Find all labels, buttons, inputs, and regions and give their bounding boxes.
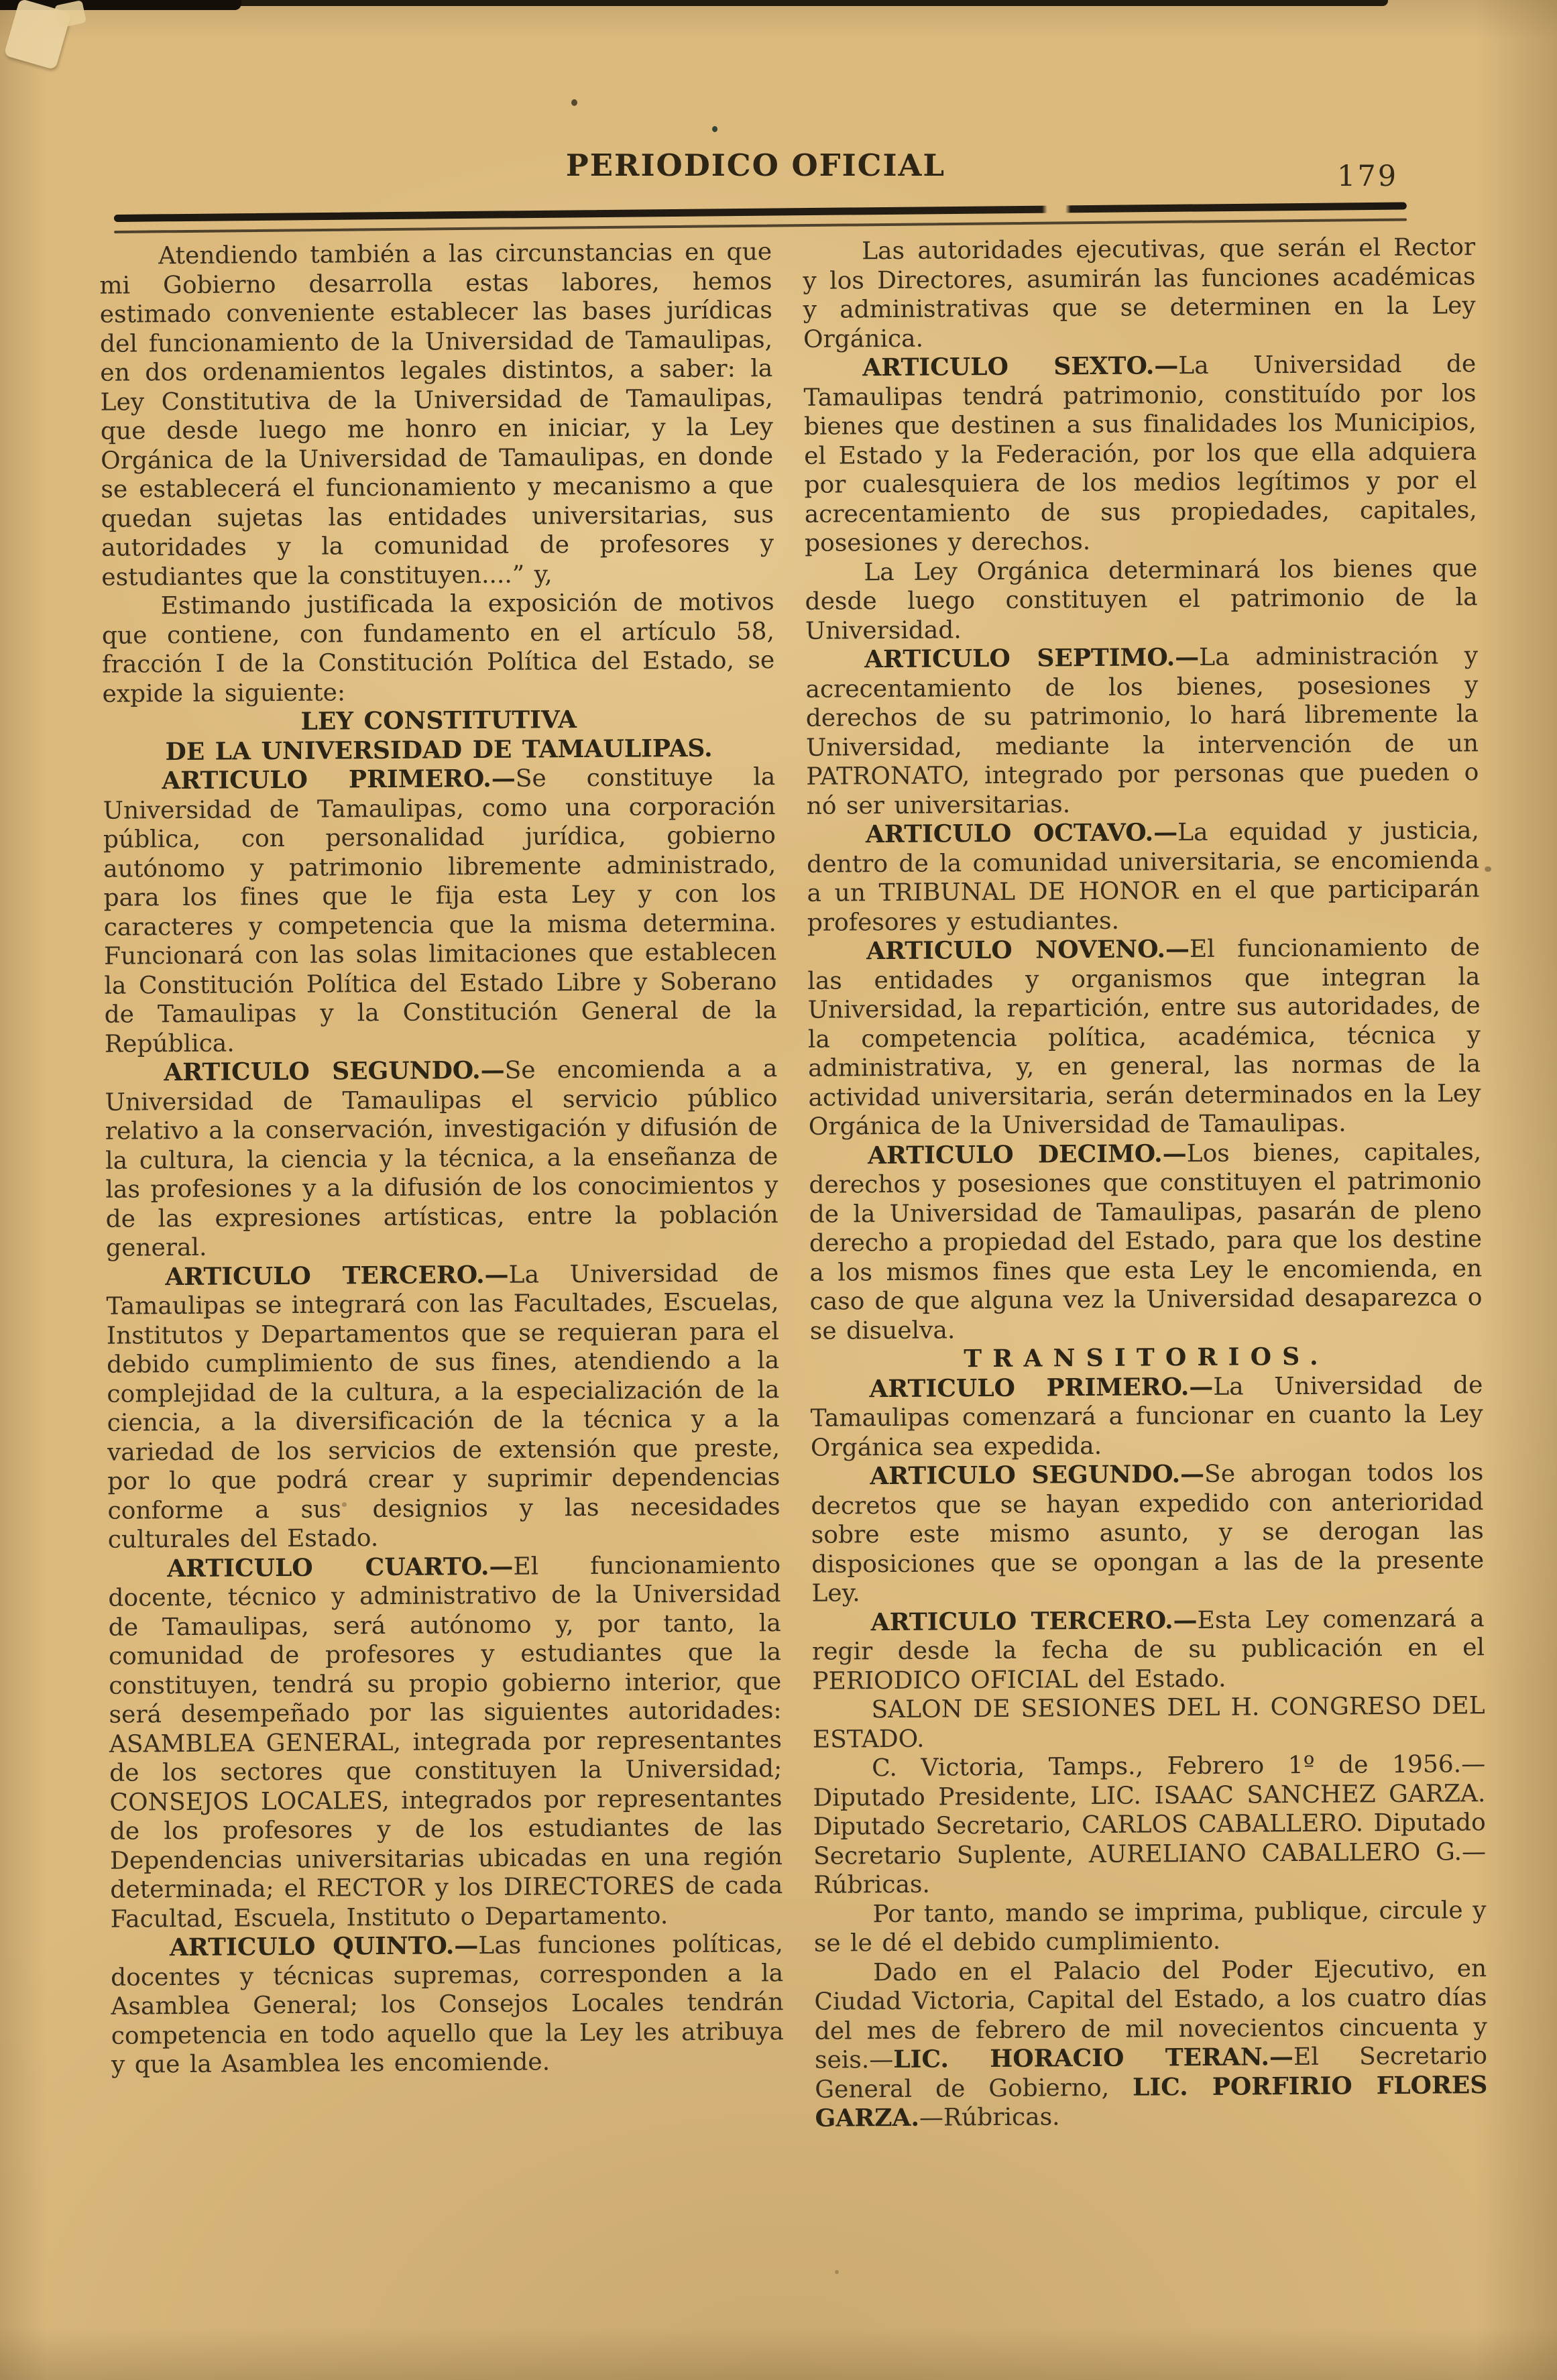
bold-text: ARTICULO DECIMO.—: [868, 1139, 1187, 1170]
bold-text: ARTICULO TERCERO.—: [165, 1260, 509, 1290]
page-number: 179: [1337, 160, 1398, 193]
bold-text: LEY CONSTITUTIVA: [300, 705, 577, 736]
header-rule-thin: [114, 218, 1407, 233]
bold-text: ARTICULO NOVENO.—: [866, 935, 1190, 965]
bold-text: DE LA UNIVERSIDAD DE TAMAULIPAS.: [165, 734, 712, 765]
body-text: Por tanto, mando se imprima, publique, c…: [814, 1896, 1487, 1958]
bold-text: ARTICULO QUINTO.—: [170, 1931, 479, 1962]
articulo-octavo: ARTICULO OCTAVO.—La equidad y justicia, …: [807, 816, 1480, 938]
articulo-primero: ARTICULO PRIMERO.—Se constituye la Unive…: [103, 762, 777, 1059]
law-subtitle: DE LA UNIVERSIDAD DE TAMAULIPAS.: [103, 734, 775, 767]
column-left: Atendiendo también a las circunstancias …: [99, 237, 785, 2138]
scan-speck: [1485, 866, 1491, 872]
two-column-body: Atendiendo también a las circunstancias …: [99, 233, 1488, 2138]
header-rule-thick: [114, 202, 1407, 222]
header-rule: [114, 202, 1407, 233]
bold-text: TRANSITORIOS.: [964, 1343, 1329, 1373]
bold-text: ARTICULO CUARTO.—: [167, 1552, 514, 1582]
bold-text: ARTICULO PRIMERO.—: [162, 764, 516, 795]
scan-speck: [571, 99, 577, 106]
bold-text: ARTICULO SEPTIMO.—: [864, 643, 1199, 673]
bold-text: ARTICULO OCTAVO.—: [866, 818, 1178, 848]
transitorio-primero: ARTICULO PRIMERO.—La Universidad de Tama…: [810, 1371, 1483, 1463]
law-title: LEY CONSTITUTIVA: [103, 704, 775, 738]
body-text: SALON DE SESIONES DEL H. CONGRESO DEL ES…: [813, 1692, 1485, 1753]
articulo-noveno: ARTICULO NOVENO.—El funcionamiento de la…: [807, 933, 1481, 1141]
body-text: Se constituye la Universidad de Tamaulip…: [103, 763, 777, 1058]
body-text: —Rúbricas.: [919, 2103, 1060, 2131]
articulo-cuarto: ARTICULO CUARTO.—El funcionamiento docen…: [108, 1550, 783, 1934]
body-text: Estimando justificada la exposición de m…: [102, 588, 775, 707]
autoridades-ejecutivas: Las autoridades ejecutivas, que serán el…: [803, 233, 1476, 354]
fecha-y-firmas: C. Victoria, Tamps., Febrero 1º de 1956.…: [813, 1750, 1486, 1900]
bold-text: ARTICULO SEGUNDO.—: [870, 1460, 1204, 1490]
gazette-scanned-page: PERIODICO OFICIAL 179 Atendiendo también…: [0, 0, 1557, 2380]
patrimonio-inicial: La Ley Orgánica determinará los bienes q…: [805, 554, 1478, 646]
fundamento-paragraph: Estimando justificada la exposición de m…: [101, 587, 774, 709]
articulo-tercero: ARTICULO TERCERO.—La Universidad de Tama…: [106, 1259, 781, 1555]
articulo-decimo: ARTICULO DECIMO.—Los bienes, capitales, …: [809, 1137, 1483, 1346]
body-text: Atendiendo también a las circunstancias …: [99, 238, 774, 591]
bold-text: ARTICULO PRIMERO.—: [869, 1372, 1213, 1402]
intro-paragraph: Atendiendo también a las circunstancias …: [99, 237, 774, 592]
bold-text: LIC. HORACIO TERAN.—: [893, 2043, 1293, 2074]
scan-artifact-corner-tear-small: [54, 0, 86, 28]
articulo-segundo: ARTICULO SEGUNDO.—Se encomienda a a Univ…: [105, 1054, 778, 1263]
promulgacion: Dado en el Palacio del Poder Ejecutivo, …: [814, 1954, 1488, 2134]
body-text: C. Victoria, Tamps., Febrero 1º de 1956.…: [813, 1750, 1486, 1899]
transitorios-heading: TRANSITORIOS.: [810, 1341, 1483, 1375]
column-right: Las autoridades ejecutivas, que serán el…: [803, 233, 1488, 2133]
scan-speck: [835, 2270, 839, 2274]
bold-text: ARTICULO SEGUNDO.—: [164, 1056, 505, 1086]
articulo-sexto: ARTICULO SEXTO.—La Universidad de Tamaul…: [803, 349, 1477, 558]
bold-text: ARTICULO TERCERO.—: [871, 1605, 1198, 1636]
body-text: La Ley Orgánica determinará los bienes q…: [805, 555, 1477, 645]
bold-text: ARTICULO SEXTO.—: [862, 351, 1178, 382]
articulo-septimo: ARTICULO SEPTIMO.—La administración y ac…: [805, 641, 1479, 821]
mandato-publicacion: Por tanto, mando se imprima, publique, c…: [813, 1896, 1487, 1959]
body-text: El funcionamiento docente, técnico y adm…: [108, 1551, 783, 1933]
transitorio-tercero: ARTICULO TERCERO.—Esta Ley comenzará a r…: [812, 1604, 1485, 1696]
transitorio-segundo: ARTICULO SEGUNDO.—Se abrogan todos los d…: [811, 1458, 1484, 1608]
articulo-quinto: ARTICULO QUINTO.—Las funciones políticas…: [111, 1929, 784, 2080]
publication-title: PERIODICO OFICIAL: [0, 148, 1534, 183]
scan-speck: [712, 126, 717, 132]
body-text: Las autoridades ejecutivas, que serán el…: [803, 233, 1476, 353]
body-text: La Universidad de Tamaulipas se integrar…: [106, 1259, 780, 1554]
salon-de-sesiones: SALON DE SESIONES DEL H. CONGRESO DEL ES…: [812, 1691, 1485, 1754]
